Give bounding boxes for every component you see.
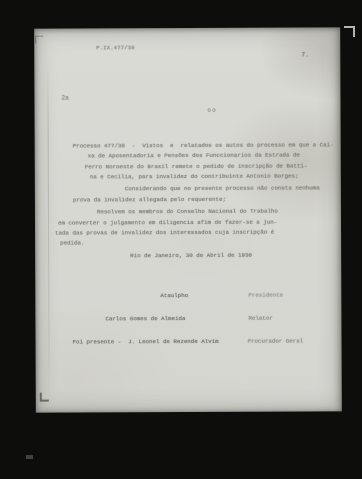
stamp: OO xyxy=(208,107,218,114)
signature-role: Presidente xyxy=(248,292,283,299)
body-line: prova da invalidez allegada pelo requere… xyxy=(73,195,226,203)
signature-row: Ataulpho Presidente xyxy=(34,27,340,28)
signature-name: Carlos Gomes de Almeida xyxy=(105,315,185,322)
body-line: tada das provas de invalidez dos interes… xyxy=(55,228,274,236)
signature-role: Relator xyxy=(248,315,272,322)
body-line: Resolvem os membros do Conselho Nacional… xyxy=(97,208,278,216)
signature-row: Carlos Gomes de Almeida Relator xyxy=(34,27,340,28)
body-line: Considerando que no presente processo nã… xyxy=(125,184,320,192)
body-line: em converter o julgamento em diligencia … xyxy=(58,218,277,226)
paper-crease xyxy=(47,63,49,403)
corner-mark-top-left-icon xyxy=(35,36,43,44)
page-number: 7. xyxy=(301,51,309,58)
margin-note: 2a xyxy=(61,95,68,102)
scanned-document-photo: P.IX.477/30 7. 2a OO Processo 477/30 - V… xyxy=(0,0,362,479)
signature-name: Ataulpho xyxy=(160,292,188,299)
body-line: Processo 477/30 - Vistos e relatados os … xyxy=(73,141,334,149)
body-line: na e Cecilia, para invalidez do contribu… xyxy=(90,173,299,181)
date-line: Rio de Janeiro, 30 de Abril de 1930 xyxy=(130,252,252,260)
film-corner-mark-icon xyxy=(344,26,355,37)
body-line: pedida. xyxy=(60,239,84,246)
signature-name: Foi presente - J. Leonel de Rezende Alvi… xyxy=(73,338,219,346)
paper: P.IX.477/30 7. 2a OO Processo 477/30 - V… xyxy=(34,27,342,412)
film-edge-mark xyxy=(26,455,33,459)
body-line: xa de Aposentadoria e Pensões dos Funcci… xyxy=(88,152,300,160)
file-reference: P.IX.477/30 xyxy=(96,44,135,51)
signature-role: Procurador Geral xyxy=(248,337,304,344)
signature-row: Foi presente - J. Leonel de Rezende Alvi… xyxy=(34,27,340,28)
body-line: Ferro Noroeste do Brasil remete o pedido… xyxy=(85,162,308,170)
corner-mark-bottom-left-icon xyxy=(40,393,49,402)
